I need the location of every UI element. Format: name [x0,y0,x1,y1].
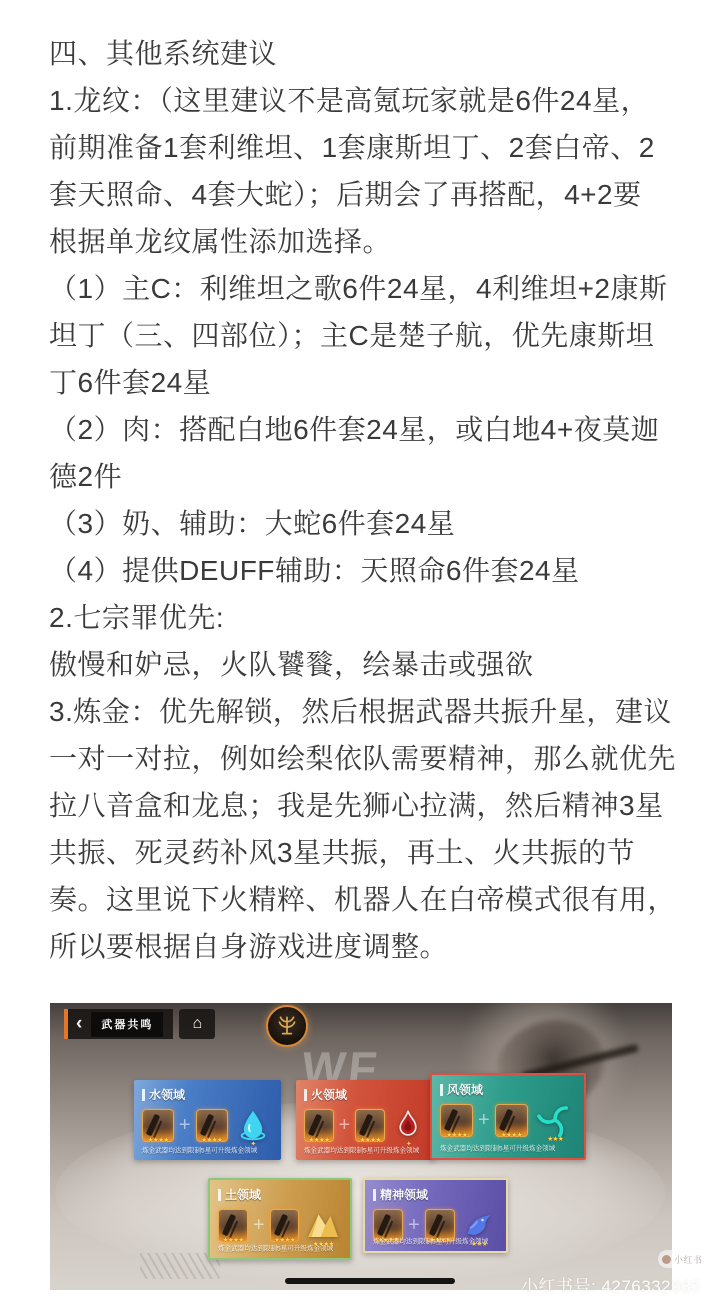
plus-icon: + [253,1215,265,1235]
domain-card-earth[interactable]: 土领域 ★★★★ + ★★★★ ★★★★ 炼金武器均达到限制5星可升级炼金领域 [208,1178,352,1260]
star-rating: ★★★★ [496,1132,527,1139]
star-rating: ★★★★ [356,1137,384,1144]
text-line: 一对一对拉，例如绘梨依队需要精神，那么就优先 [49,735,689,782]
article-text: 四、其他系统建议 1.龙纹：（这里建议不是高氪玩家就是6件24星， 前期准备1套… [49,30,689,970]
star-rating: ★★★★ [219,1237,247,1244]
domain-card-wind[interactable]: 风领域 ★★★★ + ★★★★ ★★★ 炼金武器均达到限制5星可升级炼金领域 [430,1073,586,1160]
weapon-icon[interactable]: ★★★★ [304,1109,334,1142]
text-line: 拉八音盒和龙息；我是先狮心拉满，然后精神3星 [49,782,689,829]
tree-emblem-icon[interactable] [266,1005,308,1047]
text-line: （1）主C：利维坦之歌6件24星，4利维坦+2康斯 [49,265,689,312]
plus-icon: + [478,1110,490,1130]
plus-icon: + [339,1115,351,1135]
xiaohongshu-logo-icon [662,1255,671,1264]
domain-name: 火领域 [311,1086,347,1103]
text-line: 傲慢和妒忌，火队饕餮，绘暴击或强欲 [49,641,689,688]
card-hint: 炼金武器均达到限制5星可升级炼金领域 [142,1146,257,1155]
text-line: 坦丁（三、四部位）；主C是楚子航，优先康斯坦 [49,312,689,359]
xiaohongshu-id: 小红书号: 4276332985 [521,1272,701,1297]
wind-symbol-icon: ★★★ [534,1101,576,1139]
weapon-icon[interactable]: ★★★★ [355,1109,385,1142]
text-line: （2）肉：搭配白地6件套24星，或白地4+夜莫迦 [49,406,689,453]
screen-title: 武器共鸣 [91,1012,163,1037]
weapon-icon[interactable]: ★★★★ [270,1209,300,1242]
card-hint: 炼金武器均达到限制5星可升级炼金领域 [218,1244,333,1253]
text-line: 套天照命、4套大蛇）；后期会了再搭配，4+2要 [49,171,689,218]
star-rating: ★★★★ [271,1237,299,1244]
fire-symbol-icon: ✦ [390,1106,427,1144]
symbol-star-rating: ★★★ [534,1136,576,1143]
text-line: （4）提供DEUFF辅助：天照命6件套24星 [49,547,689,594]
tree-glyph [274,1013,300,1039]
plus-icon: + [408,1215,420,1235]
home-icon[interactable]: ⌂ [179,1009,215,1039]
text-line: 根据单龙纹属性添加选择。 [49,218,689,265]
card-hint: 炼金武器均达到限制5星可升级炼金领域 [304,1146,419,1155]
weapon-icon[interactable]: ★★★★ [142,1109,174,1142]
home-indicator-bar[interactable] [285,1278,455,1284]
title-accent [440,1084,443,1096]
domain-name: 精神领域 [380,1186,428,1203]
star-rating: ★★★★ [305,1137,333,1144]
text-line: 丁6件套24星 [49,359,689,406]
text-line: 四、其他系统建议 [49,30,689,77]
header-box: ‹ 武器共鸣 [68,1009,173,1039]
text-line: （3）奶、辅助：大蛇6件套24星 [49,500,689,547]
domain-name: 土领域 [225,1186,261,1203]
text-line: 前期准备1套利维坦、1套康斯坦丁、2套白帝、2 [49,124,689,171]
card-title: 火领域 [304,1086,427,1103]
game-screenshot: WF ‹ 武器共鸣 ⌂ 水领域 ★★★★ + ★★★★ [50,1003,672,1290]
domain-card-fire[interactable]: 火领域 ★★★★ + ★★★★ ✦ 炼金武器均达到限制5星可升级炼金领域 [296,1080,435,1160]
domain-card-water[interactable]: 水领域 ★★★★ + ★★★★ ✦ 炼金武器均达到限制5星可升级炼金领域 [134,1080,281,1160]
card-title: 精神领域 [373,1186,498,1203]
star-rating: ★★★★ [197,1137,227,1144]
plus-icon: + [179,1115,191,1135]
weapon-icon[interactable]: ★★★★ [440,1104,473,1137]
text-line: 1.龙纹：（这里建议不是高氪玩家就是6件24星， [49,77,689,124]
back-icon[interactable]: ‹ [76,1014,82,1033]
xiaohongshu-badge: 小红书 [658,1250,712,1268]
title-accent [373,1189,376,1201]
text-line: 德2件 [49,453,689,500]
text-line: 所以要根据自身游戏进度调整。 [49,923,689,970]
xiaohongshu-badge-label: 小红书 [674,1253,703,1266]
title-accent [304,1089,307,1101]
star-rating: ★★★★ [143,1137,173,1144]
text-line: 奏。这里说下火精粹、机器人在白帝模式很有用， [49,876,689,923]
header-bar: ‹ 武器共鸣 ⌂ [64,1009,215,1039]
title-accent [218,1189,221,1201]
water-symbol-icon: ✦ [233,1106,274,1144]
card-title: 风领域 [440,1081,576,1098]
card-title: 水领域 [142,1086,273,1103]
domain-name: 水领域 [149,1086,185,1103]
weapon-icon[interactable]: ★★★★ [196,1109,228,1142]
weapon-icon[interactable]: ★★★★ [218,1209,248,1242]
domain-name: 风领域 [447,1081,483,1098]
weapon-icon[interactable]: ★★★★ [495,1104,528,1137]
card-hint: 炼金武器均达到限制5星可升级炼金领域 [373,1237,488,1246]
text-line: 共振、死灵药补风3星共振，再土、火共振的节 [49,829,689,876]
earth-symbol-icon: ★★★★ [304,1206,342,1244]
text-line: 2.七宗罪优先: [49,594,689,641]
card-hint: 炼金武器均达到限制5星可升级炼金领域 [440,1144,555,1153]
star-rating: ★★★★ [441,1132,472,1139]
domain-card-spirit[interactable]: 精神领域 ★★★★ + ★★★★ ★★★ 炼金武器均达到限制5星可升级炼金领域 [363,1178,508,1253]
title-accent [142,1089,145,1101]
card-title: 土领域 [218,1186,342,1203]
text-line: 3.炼金：优先解锁，然后根据武器共振升星，建议 [49,688,689,735]
